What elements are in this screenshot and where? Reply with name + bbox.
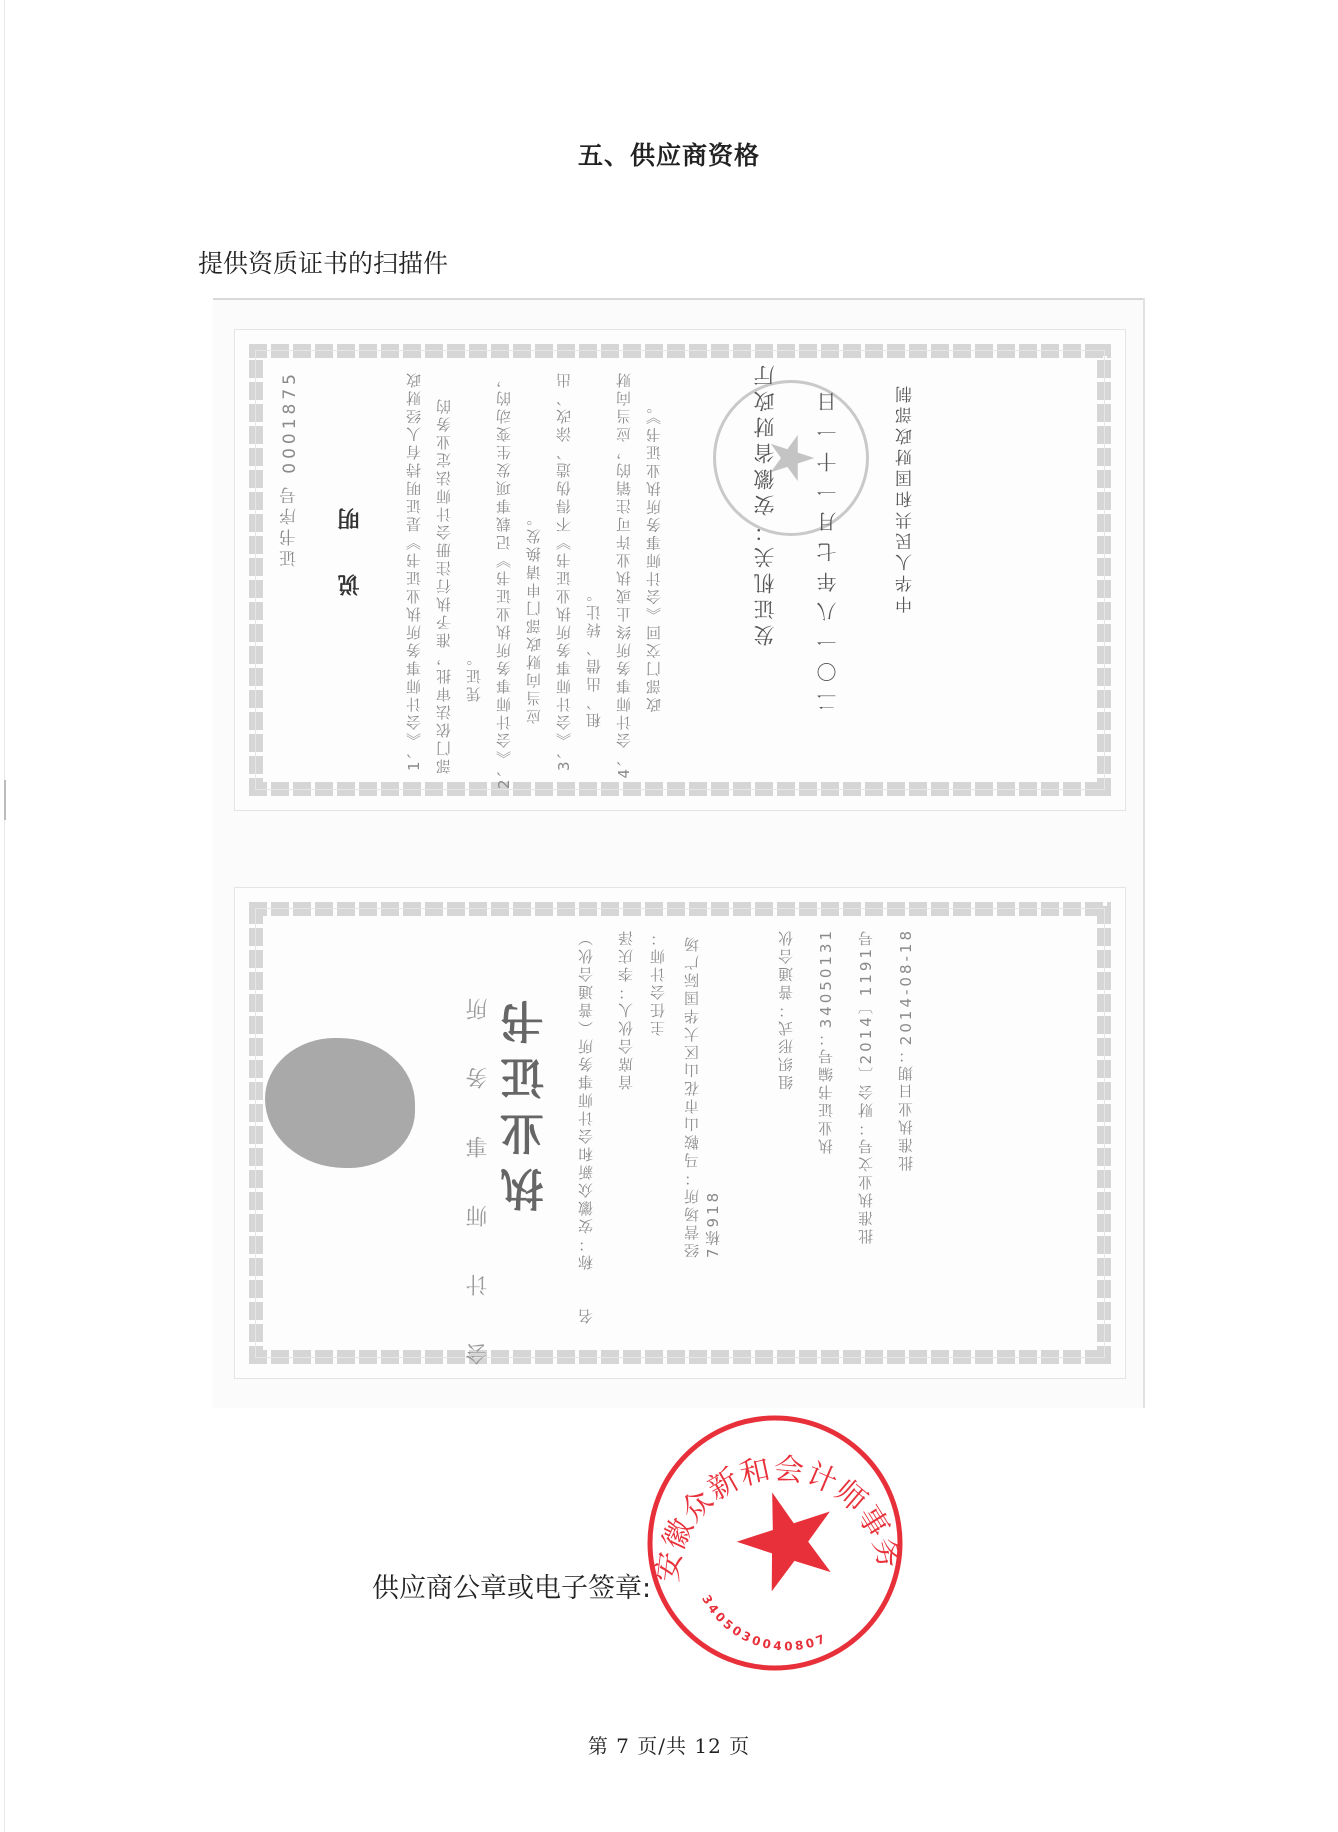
serial-number: 证书序号 0001875 (277, 370, 302, 567)
certificate-title: 执业证书 (495, 988, 559, 1212)
field-label: 名 称： (577, 1234, 595, 1324)
field-approval-doc: 批准执业文号：财会〔2014〕1191号 (855, 928, 876, 1244)
note-line: 2、《会计师事务所执业证书》记载事项发生变动的， (493, 370, 514, 789)
field-label: 主任会计师： (649, 928, 667, 1036)
certificate-scan: 证书序号 0001875 说 明 1、《会计师事务所执业证书》是证明持有人经财政… (213, 298, 1145, 1408)
certificate-back-side: 证书序号 0001875 说 明 1、《会计师事务所执业证书》是证明持有人经财政… (235, 330, 1125, 810)
field-label: 首席合伙人： (617, 982, 635, 1090)
field-value: 李庆泽 (617, 928, 635, 982)
note-line: 政部门交回《会计师事务所执业证书》。 (643, 396, 664, 713)
fret-border-inner (255, 350, 1105, 790)
note-line: 凭证。 (463, 648, 484, 702)
svg-text:3405030040807: 3405030040807 (699, 1592, 829, 1653)
field-value: 34050131 (817, 928, 835, 1028)
field-label: 组织形式： (777, 1000, 795, 1090)
note-line: 租、出借、转让。 (583, 584, 604, 728)
issuer-stamp: ★ (713, 380, 869, 536)
company-seal: 安徽众新和会计师事务所（普通合伙） 3405030040807 (640, 1408, 910, 1678)
page-edge-mark (4, 780, 6, 820)
field-label: 执业证书编号： (817, 1028, 835, 1154)
section-title: 五、供应商资格 (0, 136, 1338, 172)
note-line: 3、《会计师事务所执业证书》不得伪造、涂改、出 (553, 370, 574, 771)
note-line: 1、《会计师事务所执业证书》是证明持有人经财政 (403, 370, 424, 771)
scan-edge-right (1143, 298, 1145, 1408)
field-value: 2014-08-18 (897, 928, 915, 1045)
notes-heading: 说 明 (335, 490, 366, 596)
intro-text: 提供资质证书的扫描件 (198, 244, 448, 280)
seal-code: 3405030040807 (699, 1592, 829, 1653)
issuer: 发证机关：安徽省财政厅 (750, 360, 780, 646)
scan-edge-top (213, 298, 1145, 300)
field-label: 批准执业日期： (897, 1045, 915, 1171)
note-line: 4、会计师事务所终止或执业许可注销的，应当向财 (613, 370, 634, 779)
field-value: 财会〔2014〕1191号 (857, 928, 875, 1118)
issue-date: 二〇一八年七月一十一日 (813, 382, 842, 712)
field-chief-partner: 首席合伙人：李庆泽 (615, 928, 636, 1090)
field-address: 经营场所：马鞍山市花山区大华国际广场7栋918 (681, 928, 725, 1258)
field-license-number: 执业证书编号：34050131 (815, 928, 836, 1154)
field-label: 经营场所： (683, 1168, 701, 1258)
field-value: 安徽众新和会计师事务所（普通合伙） (577, 928, 595, 1234)
certificate-front-side: 会 计 师 事 务 所 执业证书 名 称：安徽众新和会计师事务所（普通合伙） 首… (235, 888, 1125, 1378)
signature-label: 供应商公章或电子签章: (372, 1566, 651, 1605)
field-director: 主任会计师： (647, 928, 668, 1036)
maker: 中华人民共和国财政部制 (893, 382, 918, 613)
field-label: 批准执业文号： (857, 1118, 875, 1244)
field-approval-date: 批准执业日期：2014-08-18 (895, 928, 916, 1171)
field-value: 普通合伙 (777, 928, 795, 1000)
page-edge (4, 0, 5, 1832)
field-org-form: 组织形式：普通合伙 (775, 928, 796, 1090)
note-line: 部门依法审批，准予执行注册会计师法定业务的 (433, 396, 454, 774)
certificate-subtitle: 会 计 师 事 务 所 (463, 978, 494, 1365)
page-footer: 第 7 页/共 12 页 (0, 1730, 1338, 1759)
field-name: 名 称：安徽众新和会计师事务所（普通合伙） (575, 928, 596, 1324)
note-line: 应当向财政部门申请换发。 (523, 508, 544, 724)
